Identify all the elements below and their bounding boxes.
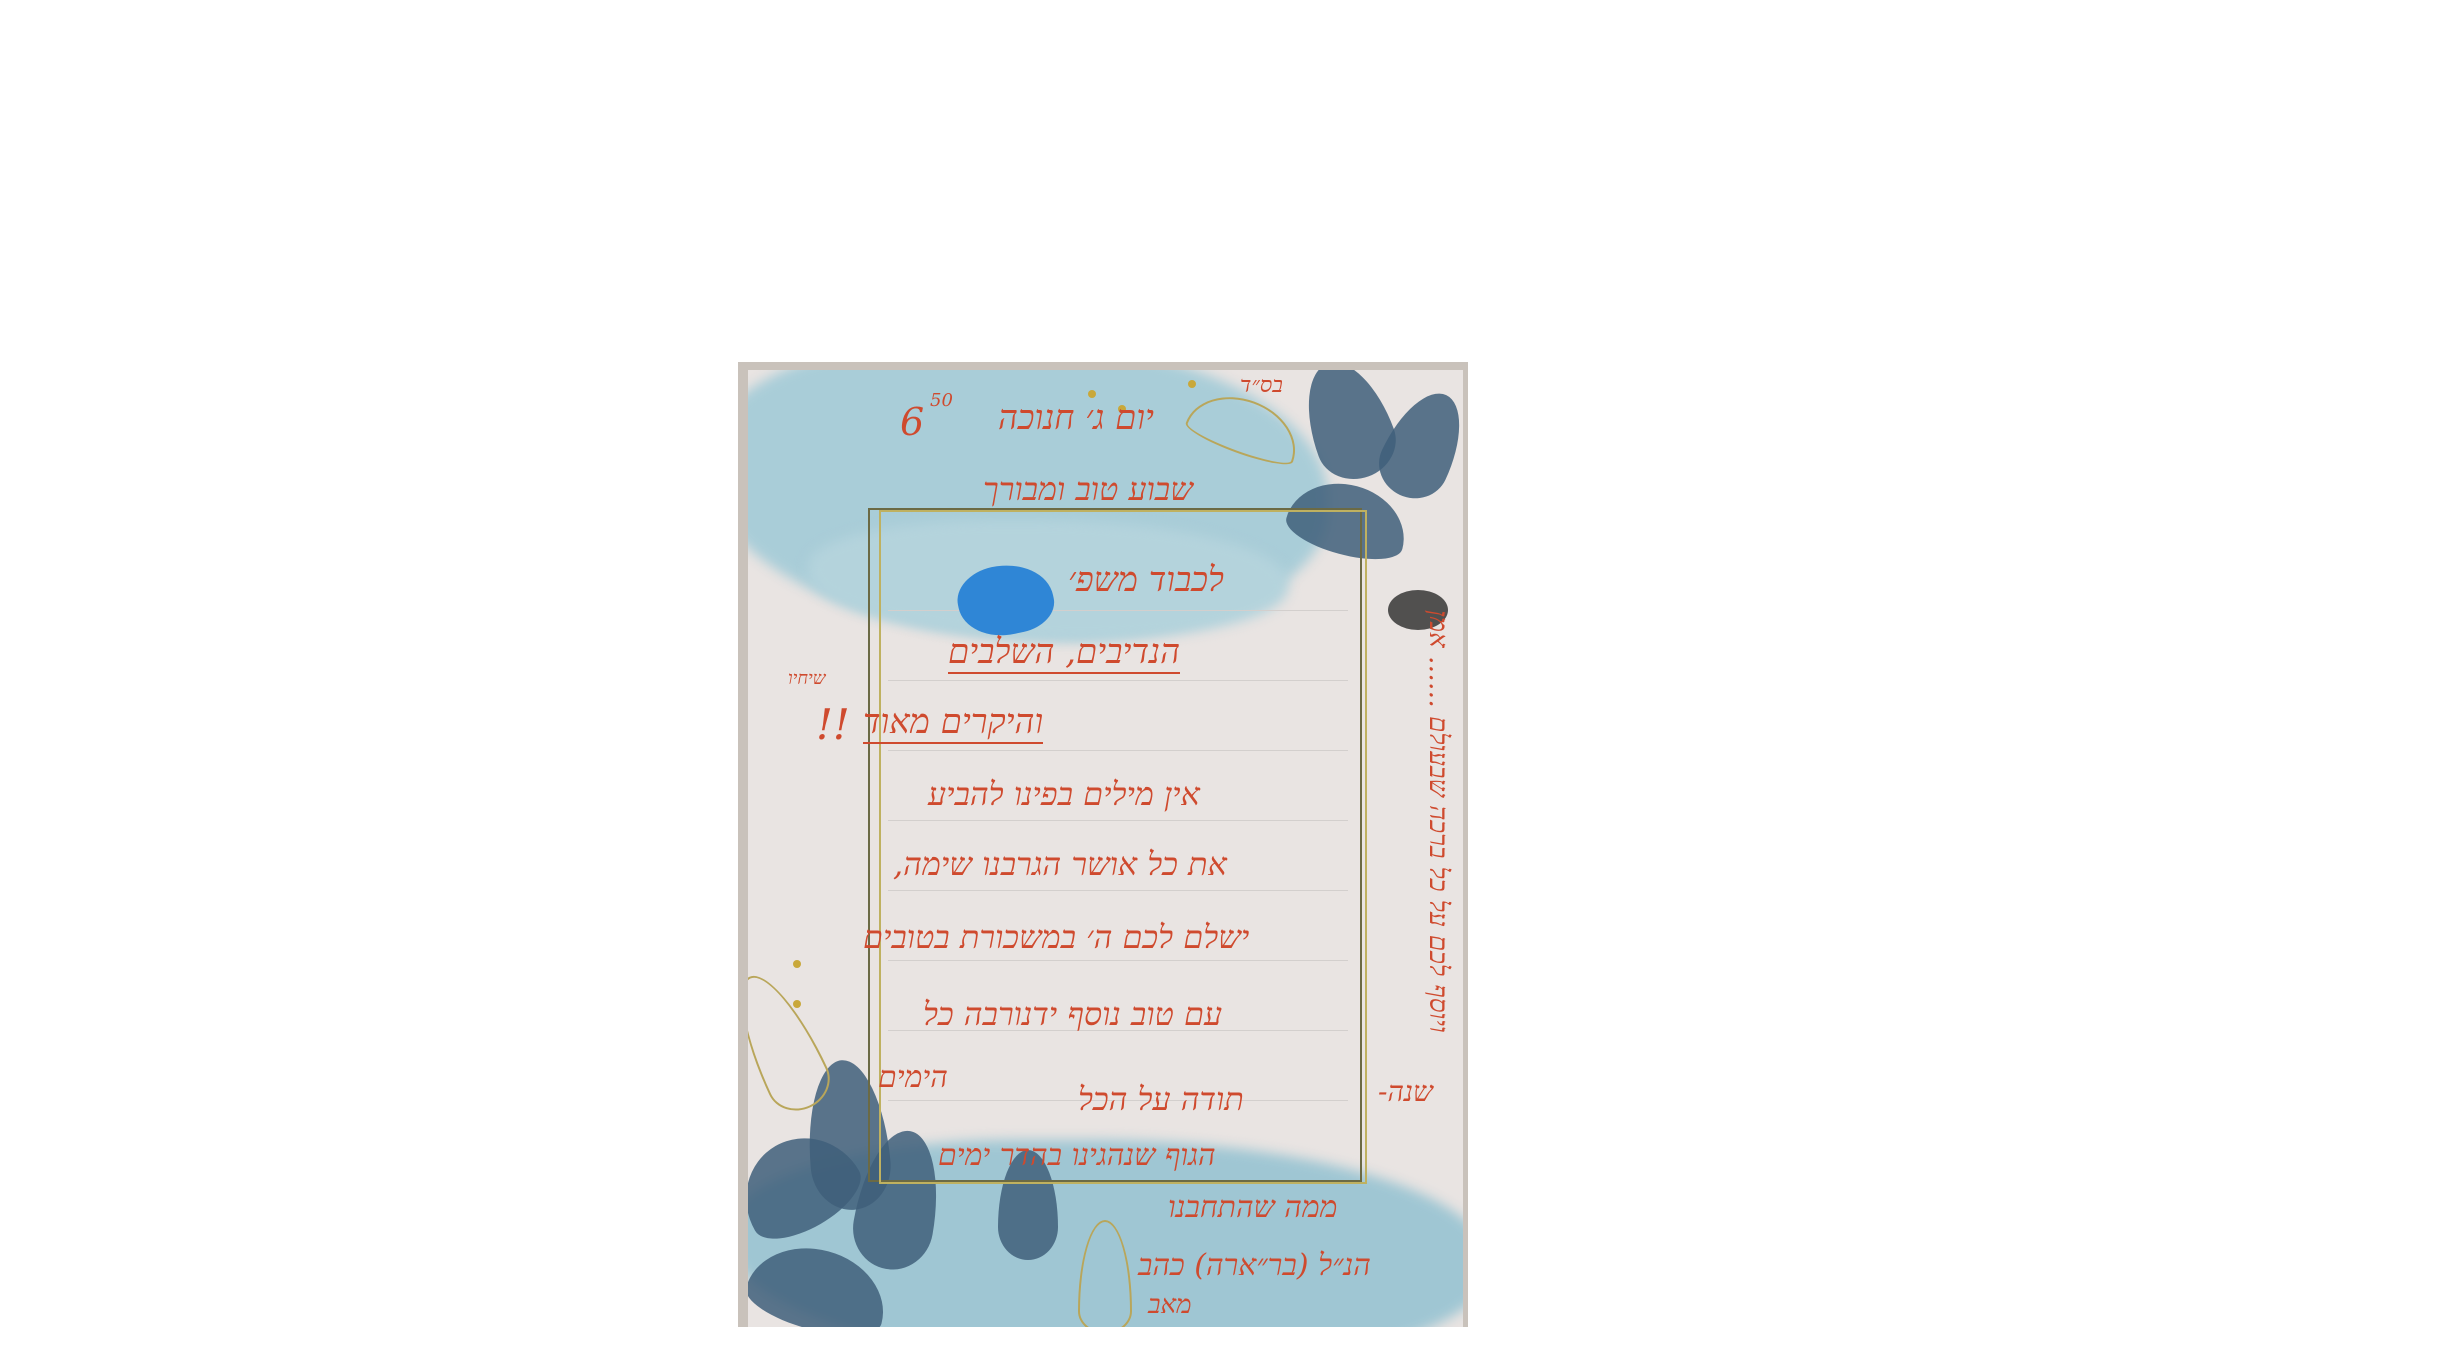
- top-corner-text: בס״ד: [1240, 372, 1283, 398]
- left-margin-note: שיחיו: [788, 668, 825, 689]
- gold-dot: [793, 1000, 801, 1008]
- gold-dot: [793, 960, 801, 968]
- signature-line: הנ״ל (בר״ארה) כהב: [1138, 1248, 1371, 1283]
- line-7: הימים: [878, 1060, 948, 1095]
- gold-dot: [1188, 380, 1196, 388]
- right-margin-vertical: ויוסף לכם על כל ברכה שבעולם …… אמן: [1423, 610, 1453, 1030]
- date-line: יום ג׳ חנוכה: [998, 398, 1154, 438]
- line-1: הנדיבים, השלבים: [948, 632, 1180, 674]
- left-margin-marks: !!: [816, 700, 850, 749]
- line-8: תודה על הכל: [1078, 1080, 1244, 1118]
- addressee: לכבוד משפ׳: [1068, 560, 1224, 600]
- line-10: ממה שהתחבנו: [1168, 1190, 1337, 1225]
- line-4: את כל אושר הגרבנו שימה,: [893, 845, 1227, 883]
- line-9: הגוף שנהגינו בהדר ימים: [938, 1138, 1216, 1173]
- photo: בס״ד 6 50 יום ג׳ חנוכה שבוע טוב ומבורך ל…: [738, 362, 1468, 1327]
- gold-dot: [1088, 390, 1096, 398]
- greeting-card: בס״ד 6 50 יום ג׳ חנוכה שבוע טוב ומבורך ל…: [748, 370, 1463, 1327]
- signature-last: מאב: [1148, 1290, 1192, 1320]
- greeting-line: שבוע טוב ומבורך: [983, 470, 1193, 508]
- line-2: והיקרים מאוד: [863, 702, 1043, 744]
- line-5: ישלם לכם ה׳ במשכורת בטובים: [863, 918, 1249, 956]
- date-number: 6: [900, 400, 924, 444]
- line-6: עם טוב נוסף ידנורבה כל: [923, 995, 1222, 1033]
- date-superscript: 50: [930, 390, 953, 411]
- right-margin-bottom: שנה-: [1378, 1075, 1433, 1109]
- line-3: אין מילים בפינו להביע: [928, 775, 1200, 813]
